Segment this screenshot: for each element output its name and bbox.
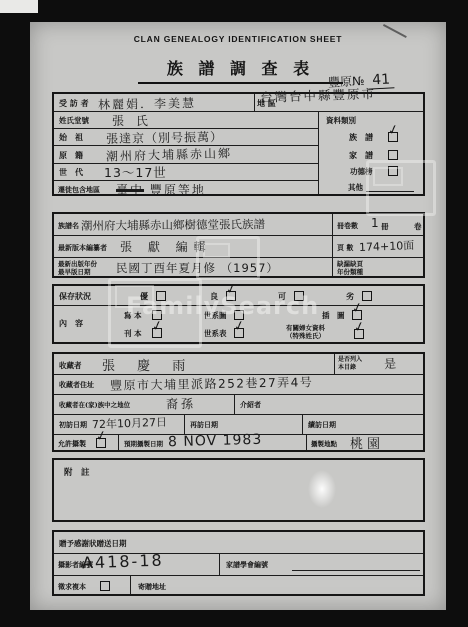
volumes-unit-juan: 卷 — [414, 221, 422, 232]
pubdate-label-line2: 最早版日期 — [58, 268, 97, 276]
form-title: 族 譜 調 查 表 — [138, 56, 343, 84]
pages-value: 174+10面 — [359, 237, 415, 255]
surname-hall-value: 張 氏 — [112, 112, 152, 129]
watermark-logo — [366, 160, 436, 216]
migration-text: 豐原等地 — [150, 183, 206, 197]
owner-address-value: 豐原市大埔里派路252巷27弄4号 — [110, 373, 314, 394]
origin-value: 潮州府大埔縣赤山鄉 — [106, 144, 232, 164]
second-visit-label: 再訪日期 — [190, 420, 218, 430]
checkbox-pedigree-table: ✓ — [234, 328, 244, 338]
scan-corner-artifact — [0, 0, 38, 13]
migration-value: 臺中 豐原等地 — [116, 181, 206, 198]
missing-pages-label-line1: 缺漏缺頁 — [337, 260, 363, 268]
next-visit-label: 續訪日期 — [308, 420, 336, 430]
section-remarks: 附 註 — [52, 458, 425, 522]
pubdate-label-line1: 最新出版年份 — [58, 260, 97, 268]
contents-label: 內 容 — [59, 318, 83, 329]
blank-line — [292, 570, 420, 571]
owner-value: 張 慶 雨 — [102, 355, 194, 374]
society-no-label: 家譜學會編號 — [226, 560, 268, 570]
mail-address-label: 寄贈地址 — [138, 582, 166, 592]
book-title-label: 族譜名 — [58, 221, 79, 231]
condition-label: 保存狀況 — [59, 291, 91, 302]
checkbox-jiapu — [388, 150, 398, 160]
missing-pages-label-line2: 年份類種 — [337, 268, 363, 276]
pedigree-table-label: 世系表 — [204, 328, 227, 339]
film-date-value: 8 NOV 1983 — [168, 432, 263, 450]
book-title-value: 潮州府大埔縣赤山鄉樹德堂張氏族譜 — [81, 216, 265, 234]
divider — [306, 434, 307, 450]
generations-value: 13～17世 — [104, 163, 167, 181]
remarks-label: 附 註 — [64, 466, 90, 478]
condition-fair-label: 可 — [278, 291, 286, 302]
category-option-zupu-label: 族 譜 — [349, 132, 373, 143]
checkmark-icon: ✓ — [386, 122, 400, 139]
pubdate-label: 最新出版年份 最早版日期 — [58, 260, 97, 276]
divider — [254, 94, 255, 111]
gift-date-label: 贈予感謝狀贈送日期 — [59, 538, 127, 549]
film-permit-label: 允許攝製 — [58, 439, 86, 449]
watermark-logo-inner — [373, 167, 403, 186]
divider — [334, 354, 335, 374]
divider — [318, 111, 319, 194]
checkbox-zupu: ✓ — [388, 132, 398, 142]
divider — [219, 553, 220, 575]
checkbox-good: ✓ — [226, 291, 236, 301]
condition-good-label: 良 — [210, 291, 218, 302]
introducer-label: 介紹者 — [240, 400, 261, 410]
checkbox-film-permit: ✓ — [96, 438, 106, 448]
checkmark-icon: ✓ — [352, 319, 366, 336]
checkbox-women-data: ✓ — [354, 329, 364, 339]
divider — [302, 414, 303, 434]
migration-crossed-out: 臺中 — [116, 183, 144, 197]
volumes-value: 1 — [371, 216, 379, 230]
film-place-value: 桃園 — [350, 433, 384, 452]
divider — [54, 394, 423, 395]
divider — [118, 434, 119, 450]
interviewee-value: 林麗娟．李美慧 — [98, 94, 196, 113]
listed-label: 是否列入 本目錄 — [338, 356, 362, 371]
watermark-logo-inner — [203, 243, 230, 258]
volumes-unit-ce: 冊 — [381, 221, 389, 232]
category-other-label: 其他 — [348, 182, 363, 193]
sheet-title: CLAN GENEALOGY IDENTIFICATION SHEET — [30, 34, 446, 44]
founder-label: 始 祖 — [59, 132, 83, 143]
photographer-no-value: A418-18 — [82, 551, 164, 573]
document-paper: CLAN GENEALOGY IDENTIFICATION SHEET 族 譜 … — [30, 22, 446, 610]
surname-hall-label: 姓氏堂號 — [59, 115, 89, 126]
watermark-logo — [196, 236, 260, 280]
film-date-label: 預期攝製日期 — [124, 439, 163, 448]
women-data-label-line1: 有關婦女資料 — [286, 324, 325, 332]
origin-label: 原 籍 — [59, 150, 83, 161]
pages-label: 頁 數 — [337, 243, 353, 253]
divider — [332, 214, 333, 276]
listed-label-line2: 本目錄 — [338, 364, 362, 372]
checkbox-poor — [362, 291, 372, 301]
watermark-logo-inner — [115, 285, 154, 308]
owner-position-value: 裔孫 — [166, 395, 196, 412]
scan-blob-artifact — [308, 470, 336, 508]
women-data-label-line2: （特殊姓氏） — [286, 332, 325, 340]
first-visit-label: 初訪日期 — [59, 420, 87, 430]
volumes-label: 冊卷數 — [337, 221, 358, 231]
film-place-label: 攝製地點 — [311, 439, 337, 448]
checkmark-icon: ✓ — [350, 300, 364, 317]
checkmark-icon: ✓ — [224, 281, 238, 298]
region-value: 台灣台中縣豐原市 — [260, 84, 377, 106]
owner-label: 收藏者 — [59, 360, 82, 371]
owner-address-label: 收藏者住址 — [59, 380, 94, 390]
divider — [130, 575, 131, 594]
divider — [234, 394, 235, 414]
migration-label: 遷徙包含地區 — [58, 185, 100, 195]
condition-poor-label: 劣 — [346, 291, 354, 302]
interviewee-label: 受 訪 者 — [59, 98, 89, 109]
watermark-logo — [108, 278, 202, 348]
scanned-genealogy-sheet: CLAN GENEALOGY IDENTIFICATION SHEET 族 譜 … — [0, 0, 468, 627]
illustrations-label: 插 圖 — [322, 310, 345, 321]
pedigree-chart-label: 世系圖 — [204, 310, 227, 321]
copy-request-label: 徵求複本 — [58, 582, 86, 592]
listed-label-line1: 是否列入 — [338, 356, 362, 364]
editor-label: 最新版本編纂者 — [58, 243, 107, 253]
checkmark-icon: ✓ — [232, 318, 246, 335]
generations-label: 世 代 — [59, 167, 83, 178]
divider — [54, 575, 423, 576]
missing-pages-label: 缺漏缺頁 年份類種 — [337, 260, 363, 276]
listed-value: 是 — [383, 355, 396, 373]
category-title: 資料類別 — [326, 115, 356, 126]
women-data-label: 有關婦女資料 （特殊姓氏） — [286, 324, 325, 340]
section-admin: 贈予感謝狀贈送日期 攝影者編號 A418-18 家譜學會編號 徵求複本 寄贈地址 — [52, 530, 425, 596]
checkbox-fair — [294, 291, 304, 301]
section-owner: 收藏者 張 慶 雨 是否列入 本目錄 是 收藏者住址 豐原市大埔里派路252巷2… — [52, 352, 425, 452]
divider — [184, 414, 185, 434]
divider — [54, 163, 318, 164]
checkbox-copy-request — [100, 581, 110, 591]
owner-position-label: 收藏者在(家)族中之地位 — [59, 400, 130, 409]
